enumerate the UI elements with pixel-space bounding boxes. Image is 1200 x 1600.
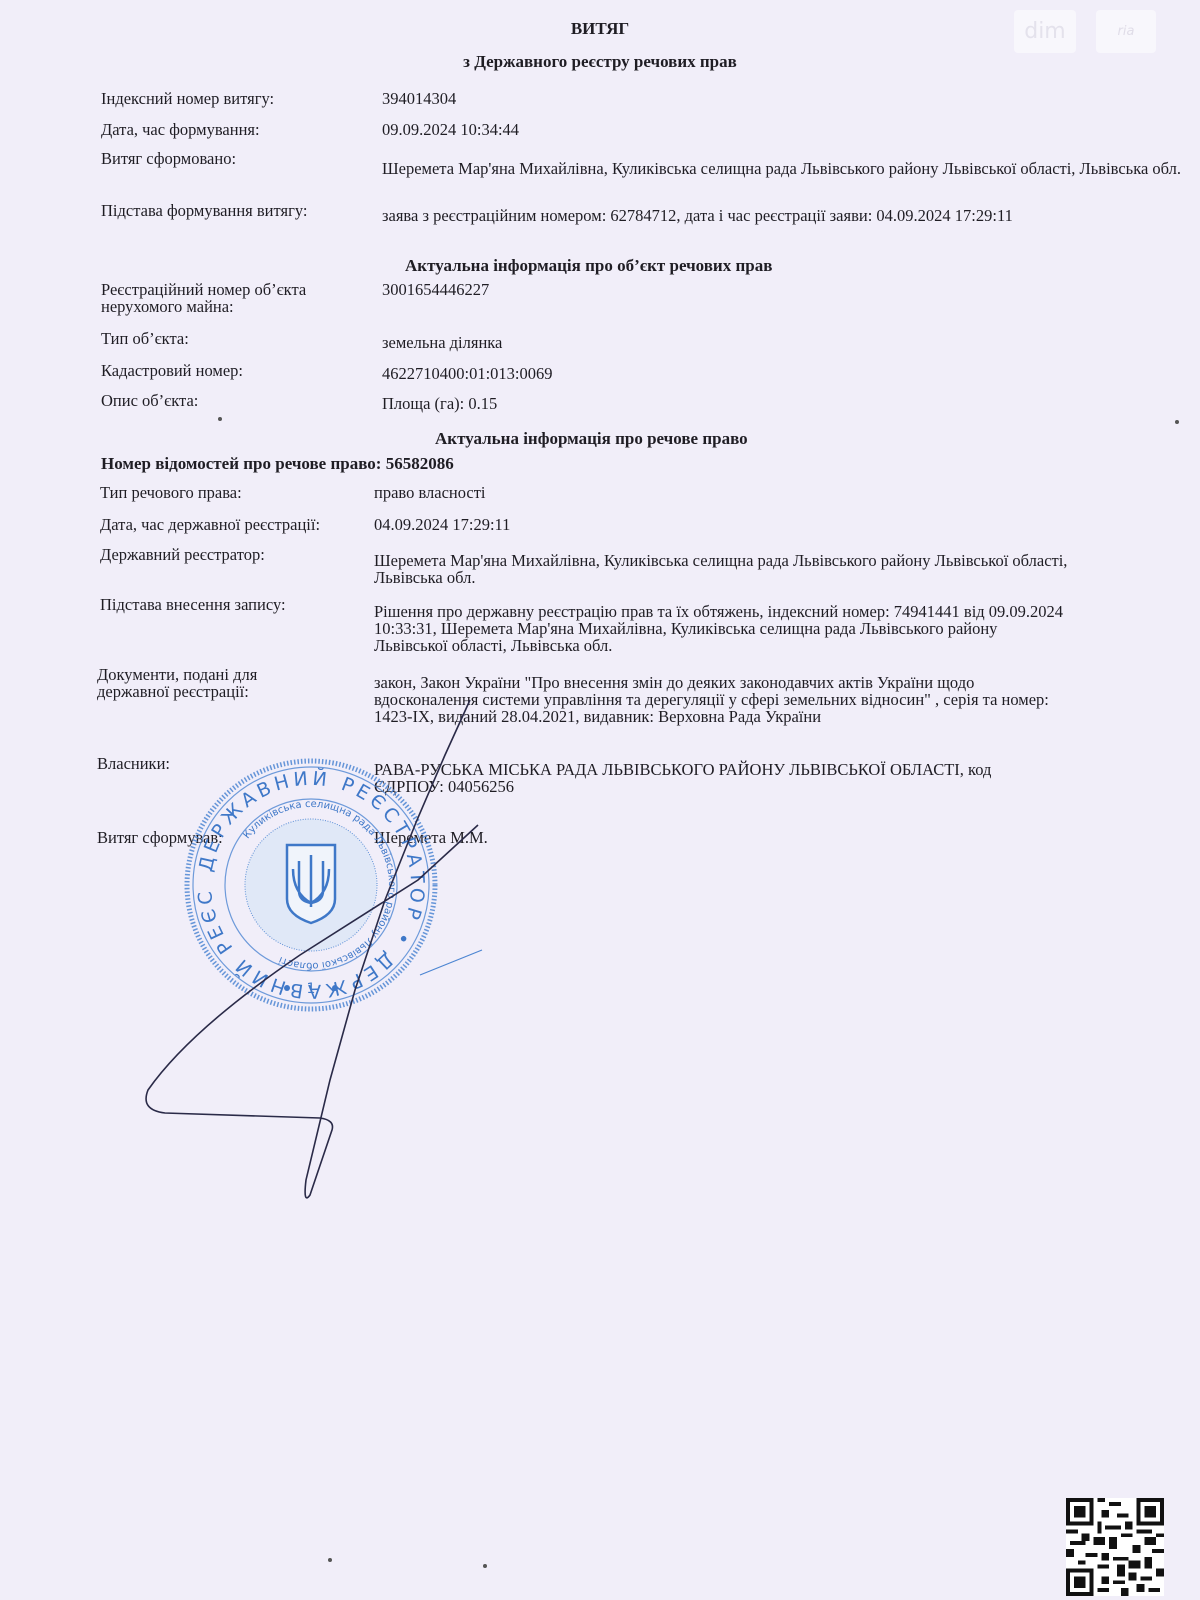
scan-speck <box>483 1564 487 1568</box>
scan-speck <box>218 417 222 421</box>
document-page: dim ria ВИТЯГ з Державного реєстру речов… <box>0 0 1200 1600</box>
field-value: земельна ділянка <box>382 334 1182 351</box>
field-value: заява з реєстраційним номером: 62784712,… <box>382 207 1082 224</box>
field-value: 09.09.2024 10:34:44 <box>382 121 1182 138</box>
field-label: Дата, час формування: <box>101 121 376 138</box>
document-title: ВИТЯГ <box>0 19 1200 39</box>
field-label: Індексний номер витягу: <box>101 90 376 107</box>
field-label: Підстава внесення запису: <box>100 596 375 613</box>
section-heading-right: Актуальна інформація про речове право <box>435 429 748 449</box>
svg-text:1: 1 <box>307 981 316 997</box>
scan-speck <box>328 1558 332 1562</box>
qr-code <box>1066 1498 1164 1596</box>
field-label: Тип об’єкта: <box>101 330 376 347</box>
field-value: закон, Закон України "Про внесення змін … <box>374 674 1074 725</box>
field-value: Шеремета М.М. <box>374 829 1174 846</box>
field-value: Шеремета Мар'яна Михайлівна, Куликівська… <box>382 160 1182 177</box>
field-label: Підстава формування витягу: <box>101 202 376 219</box>
document-subtitle: з Державного реєстру речових прав <box>0 52 1200 72</box>
field-value: Рішення про державну реєстрацію прав та … <box>374 603 1074 654</box>
section-heading-object: Актуальна інформація про об’єкт речових … <box>405 256 772 276</box>
field-label: Реєстраційний номер об’єкта нерухомого м… <box>101 281 361 315</box>
field-label: Державний реєстратор: <box>100 546 375 563</box>
signature <box>0 0 1200 1600</box>
field-value: Шеремета Мар'яна Михайлівна, Куликівська… <box>374 552 1074 586</box>
field-value: право власності <box>374 484 1174 501</box>
field-value: 394014304 <box>382 90 1182 107</box>
scan-speck <box>1175 420 1179 424</box>
field-value: Площа (га): 0.15 <box>382 395 1182 412</box>
field-value: 04.09.2024 17:29:11 <box>374 516 1174 533</box>
record-number: Номер відомостей про речове право: 56582… <box>101 454 454 474</box>
field-value: РАВА-РУСЬКА МІСЬКА РАДА ЛЬВІВСЬКОГО РАЙО… <box>374 761 1014 795</box>
field-label: Тип речового права: <box>100 484 375 501</box>
field-label: Дата, час державної реєстрації: <box>100 516 375 533</box>
field-label: Кадастровий номер: <box>101 362 376 379</box>
field-value: 4622710400:01:013:0069 <box>382 365 1182 382</box>
official-stamp: ДЕРЖАВНИЙ РЕЄСТРАТОР • ДЕРЖАВНИЙ РЕЄСТРА… <box>183 757 439 1013</box>
field-label: Опис об’єкта: <box>101 392 376 409</box>
field-value: 3001654446227 <box>382 281 1182 298</box>
field-label: Витяг сформовано: <box>101 150 376 167</box>
field-label: Документи, подані для державної реєстрац… <box>97 666 297 700</box>
